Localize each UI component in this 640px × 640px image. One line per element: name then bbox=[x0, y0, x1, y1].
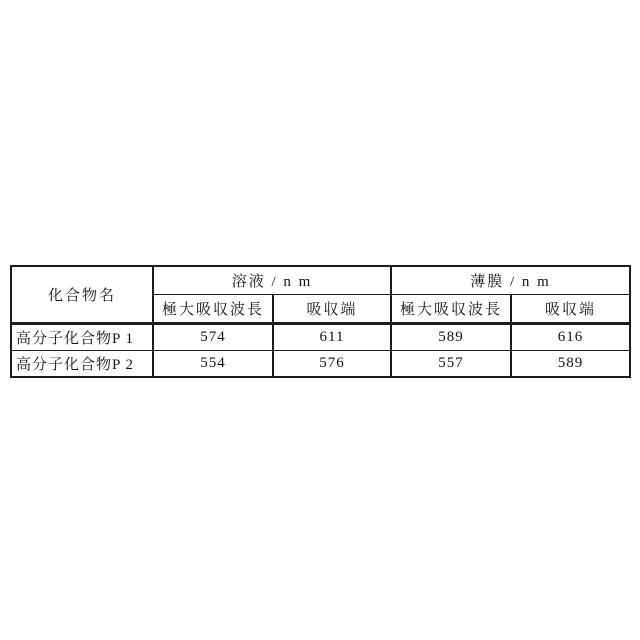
p1-film-max-wavelength: 589 bbox=[391, 323, 511, 350]
absorption-data-table: 化合物名 溶液 / n m 薄膜 / n m 極大吸収波長 吸収端 極大吸収波長… bbox=[10, 265, 631, 378]
header-compound-name: 化合物名 bbox=[11, 266, 153, 323]
header-solution-max-wavelength: 極大吸収波長 bbox=[153, 294, 273, 323]
p2-film-max-wavelength: 557 bbox=[391, 350, 511, 377]
header-group-solution: 溶液 / n m bbox=[153, 266, 391, 294]
p2-film-absorption-edge: 589 bbox=[511, 350, 630, 377]
row-label-p1: 高分子化合物P 1 bbox=[11, 323, 153, 350]
p1-solution-max-wavelength: 574 bbox=[153, 323, 273, 350]
table-row-p1: 高分子化合物P 1 574 611 589 616 bbox=[11, 323, 630, 350]
p1-solution-absorption-edge: 611 bbox=[273, 323, 391, 350]
header-group-row: 化合物名 溶液 / n m 薄膜 / n m bbox=[11, 266, 630, 294]
header-film-absorption-edge: 吸収端 bbox=[511, 294, 630, 323]
row-label-p2: 高分子化合物P 2 bbox=[11, 350, 153, 377]
p2-solution-max-wavelength: 554 bbox=[153, 350, 273, 377]
p2-solution-absorption-edge: 576 bbox=[273, 350, 391, 377]
header-solution-absorption-edge: 吸収端 bbox=[273, 294, 391, 323]
header-film-max-wavelength: 極大吸収波長 bbox=[391, 294, 511, 323]
header-group-film: 薄膜 / n m bbox=[391, 266, 630, 294]
table-row-p2: 高分子化合物P 2 554 576 557 589 bbox=[11, 350, 630, 377]
p1-film-absorption-edge: 616 bbox=[511, 323, 630, 350]
document-page: 化合物名 溶液 / n m 薄膜 / n m 極大吸収波長 吸収端 極大吸収波長… bbox=[0, 0, 640, 640]
